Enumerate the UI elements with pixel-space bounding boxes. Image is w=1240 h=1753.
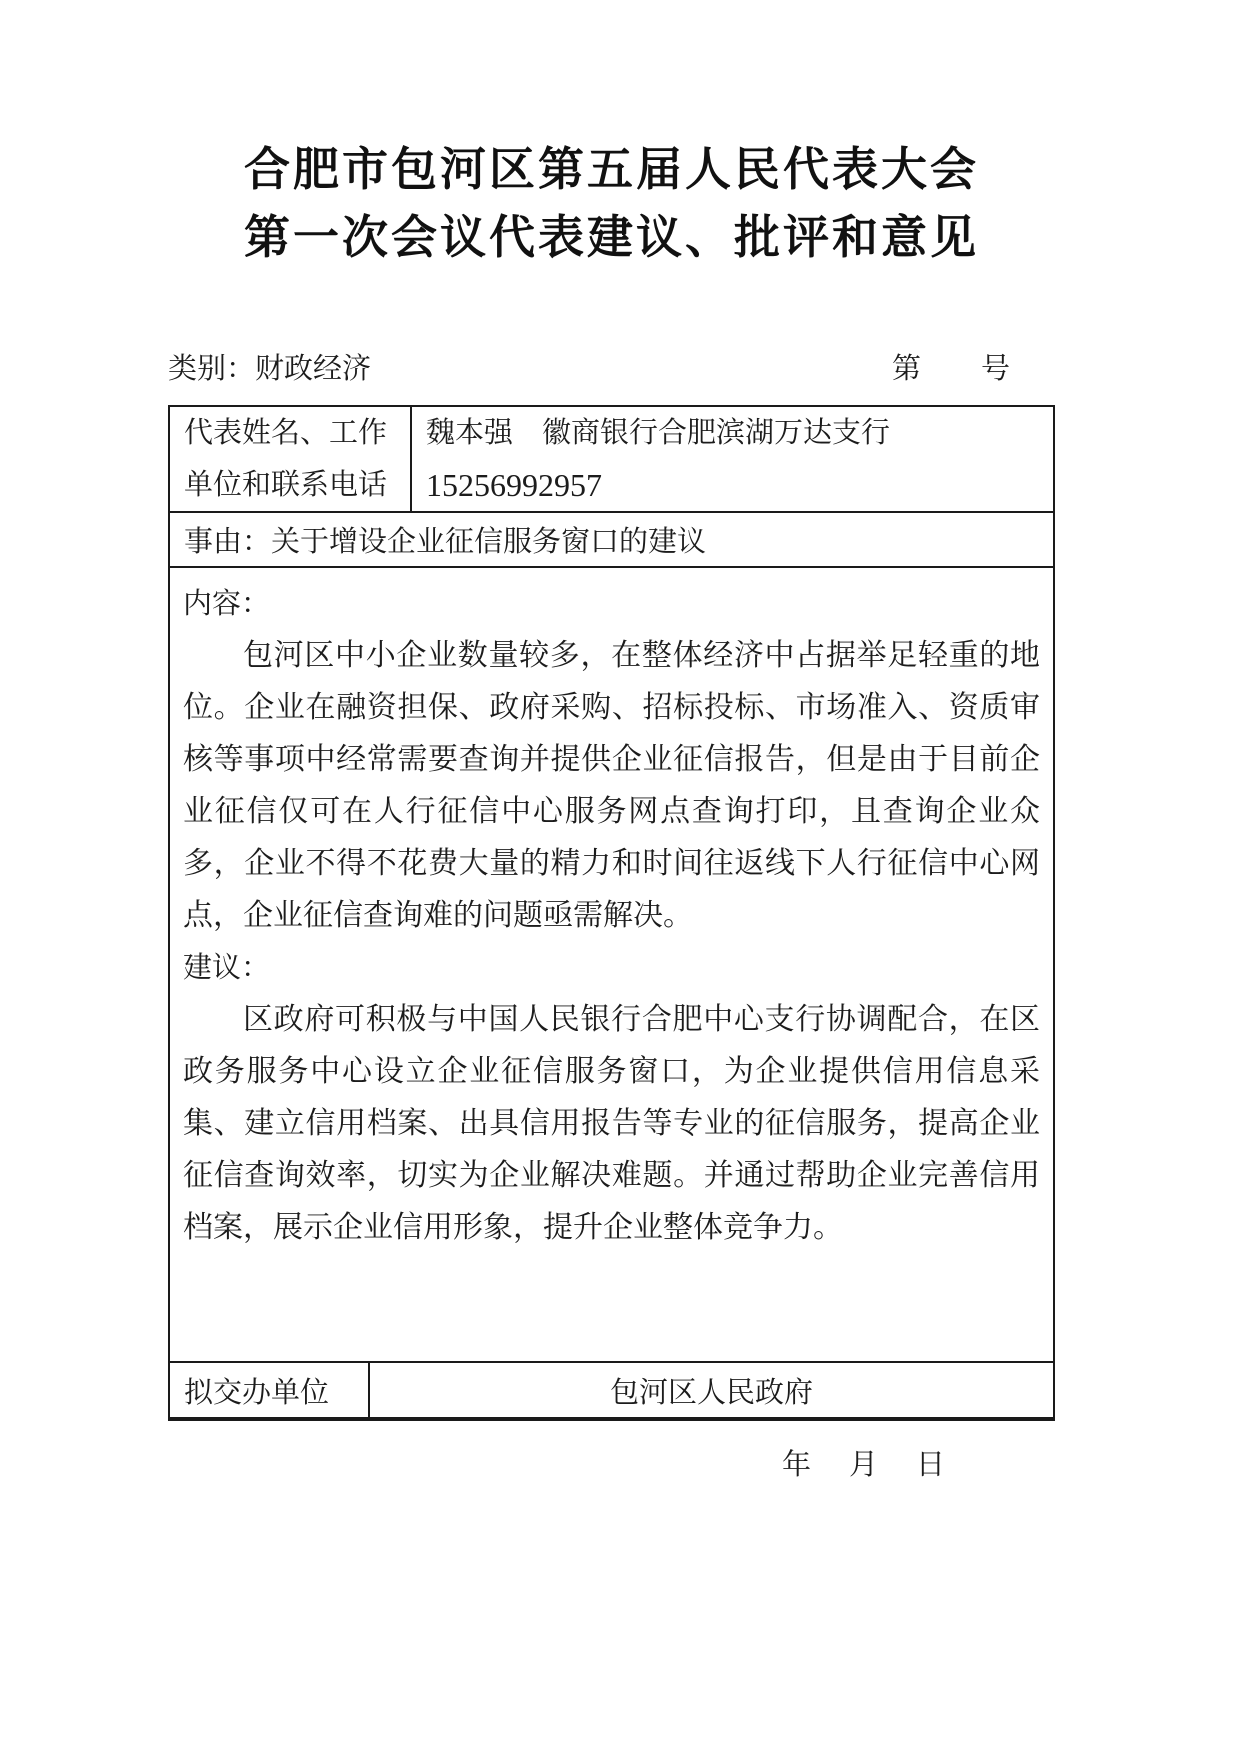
date-day-label: 日 (916, 1445, 945, 1485)
assign-row: 拟交办单位 包河区人民政府 (170, 1361, 1053, 1417)
date-month-label: 月 (849, 1445, 878, 1485)
representative-name-unit: 魏本强 徽商银行合肥滨湖万达支行 (426, 407, 1045, 459)
title-line-2: 第一次会议代表建议、批评和意见 (168, 203, 1055, 271)
title-line-1: 合肥市包河区第五届人民代表大会 (168, 135, 1055, 203)
document-title: 合肥市包河区第五届人民代表大会 第一次会议代表建议、批评和意见 (168, 135, 1055, 271)
suggestion-label: 建议： (183, 942, 1040, 994)
date-line: 年 月 日 (168, 1445, 1055, 1485)
number-suffix: 号 (981, 349, 1010, 389)
assign-value-cell: 包河区人民政府 (368, 1363, 1053, 1417)
representative-label-line-1: 代表姓名、工作 (184, 407, 402, 459)
content-paragraph: 包河区中小企业数量较多，在整体经济中占据举足轻重的地位。企业在融资担保、政府采购… (183, 630, 1040, 942)
content-cell: 内容： 包河区中小企业数量较多，在整体经济中占据举足轻重的地位。企业在融资担保、… (170, 568, 1053, 1361)
representative-phone: 15256992957 (426, 459, 1045, 511)
representative-label-line-2: 单位和联系电话 (184, 459, 402, 511)
category-field: 类别：财政经济 (168, 349, 371, 389)
date-year-label: 年 (782, 1445, 811, 1485)
category-number-row: 类别：财政经济 第 号 (168, 349, 1055, 389)
document-page: 合肥市包河区第五届人民代表大会 第一次会议代表建议、批评和意见 类别：财政经济 … (0, 0, 1240, 1753)
suggestion-paragraph: 区政府可积极与中国人民银行合肥中心支行协调配合，在区政务服务中心设立企业征信服务… (183, 994, 1040, 1254)
subject-row: 事由：关于增设企业征信服务窗口的建议 (170, 511, 1053, 566)
representative-label-cell: 代表姓名、工作 单位和联系电话 (170, 407, 410, 511)
content-label: 内容： (183, 578, 1040, 630)
category-label: 类别： (168, 353, 255, 385)
representative-row: 代表姓名、工作 单位和联系电话 魏本强 徽商银行合肥滨湖万达支行 1525699… (170, 407, 1053, 511)
category-value: 财政经济 (255, 353, 371, 385)
form-table: 代表姓名、工作 单位和联系电话 魏本强 徽商银行合肥滨湖万达支行 1525699… (168, 405, 1055, 1421)
document-number-field: 第 号 (892, 349, 1055, 389)
assign-label-cell: 拟交办单位 (170, 1363, 368, 1417)
representative-value-cell: 魏本强 徽商银行合肥滨湖万达支行 15256992957 (410, 407, 1053, 511)
subject-cell: 事由：关于增设企业征信服务窗口的建议 (170, 513, 1053, 566)
content-row: 内容： 包河区中小企业数量较多，在整体经济中占据举足轻重的地位。企业在融资担保、… (170, 566, 1053, 1361)
number-prefix: 第 (892, 349, 921, 389)
